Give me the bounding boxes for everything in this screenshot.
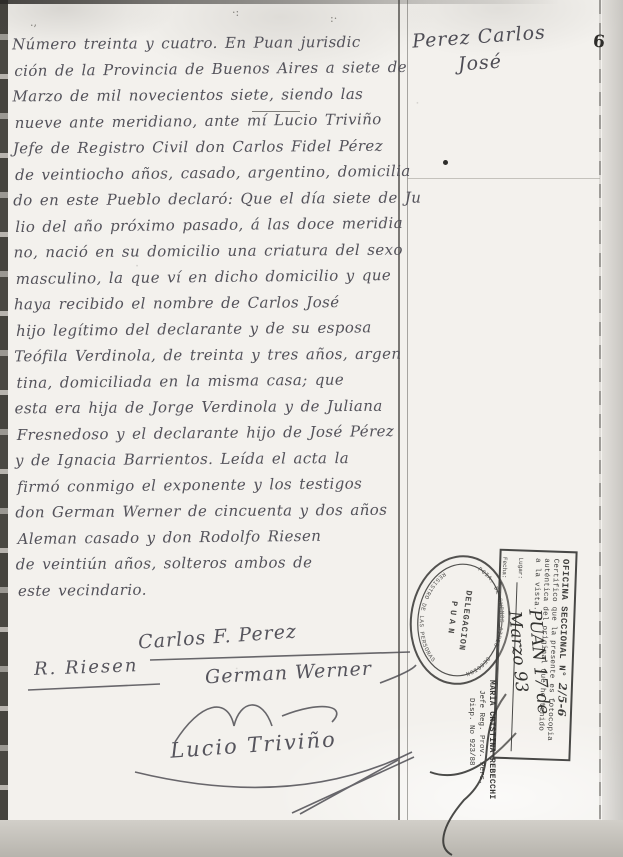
page-number-mark: 6 bbox=[592, 31, 606, 52]
manuscript-line: do en este Pueblo declaró: Que el día si… bbox=[13, 185, 399, 214]
manuscript-line: de veintiocho años, casado, argentino, d… bbox=[15, 158, 401, 188]
manuscript-line: Marzo de mil novecientos siete, siendo l… bbox=[12, 81, 398, 110]
manuscript-line: y de Ignacia Barrientos. Leída el acta l… bbox=[15, 445, 401, 474]
place-label: Lugar: bbox=[517, 557, 525, 579]
manuscript-line: Jefe de Registro Civil don Carlos Fidel … bbox=[13, 133, 399, 162]
manuscript-line: Fresnedoso y el declarante hijo de José … bbox=[17, 418, 403, 448]
official-disposition: Disp. No 923/88 bbox=[467, 698, 475, 848]
official-title: Jefe Reg. Prov. Pers. bbox=[477, 690, 485, 848]
manuscript-line: tina, domiciliada en la misma casa; que bbox=[16, 366, 402, 396]
smudge-mark: ., bbox=[30, 16, 37, 29]
signature-witness-werner: German Werner bbox=[205, 658, 373, 689]
stamp-center-line2: PUAN bbox=[445, 600, 459, 637]
certification-stamp: OFICINA SECCIONAL N° 2/5-6 Certifico que… bbox=[492, 549, 577, 762]
flourish-underline-riesen bbox=[28, 684, 160, 690]
signature-witness-riesen: R. Riesen bbox=[34, 655, 139, 680]
manuscript-line: Número treinta y cuatro. En Puan jurisdi… bbox=[12, 29, 398, 58]
manuscript-line: Teófila Verdinola, de treinta y tres año… bbox=[14, 341, 400, 370]
date-label: Fecha: bbox=[501, 557, 509, 579]
signature-declarant: Carlos F. Perez bbox=[137, 620, 297, 653]
manuscript-line: de veintiún años, solteros ambos de bbox=[16, 549, 402, 578]
flourish-cross-stroke-up bbox=[292, 757, 414, 813]
manuscript-line: lio del año próximo pasado, á las doce m… bbox=[15, 210, 401, 240]
stamp-center-line1: DELEGACION bbox=[456, 590, 473, 652]
smudge-mark: ·: bbox=[232, 6, 239, 19]
official-name-stamp: MARIA CRISTINA REBECCHI Jefe Reg. Prov. … bbox=[448, 680, 496, 848]
scanner-bed-strip bbox=[0, 820, 623, 857]
date-rule-line bbox=[495, 581, 510, 751]
manuscript-line: hijo legítimo del declarante y de su esp… bbox=[16, 314, 402, 344]
scanned-document-page: Número treinta y cuatro. En Puan jurisdi… bbox=[0, 0, 623, 857]
manuscript-line: don German Werner de cincuenta y dos año… bbox=[15, 497, 401, 526]
certification-heading-number: 2/5-6 bbox=[555, 683, 569, 717]
manuscript-line: no, nació en su domicilio una criatura d… bbox=[13, 237, 399, 266]
signature-registrar: Lucio Triviño bbox=[169, 727, 337, 763]
left-page-edge bbox=[0, 0, 8, 820]
page-fold-line bbox=[599, 0, 601, 822]
margin-name-line2: José bbox=[457, 47, 548, 75]
flourish-rubric-tail bbox=[282, 707, 337, 722]
manuscript-line: haya recibido el nombre de Carlos José bbox=[14, 289, 400, 318]
manuscript-line: ción de la Provincia de Buenos Aires a s… bbox=[14, 54, 400, 84]
manuscript-line: esta era hija de Jorge Verdinola y de Ju… bbox=[15, 393, 401, 422]
manuscript-line: nueve ante meridiano, ante mí Lucio Triv… bbox=[15, 106, 401, 136]
manuscript-line: este vecindario. bbox=[18, 574, 404, 604]
right-page-edge bbox=[602, 0, 623, 822]
manuscript-line: firmó conmigo el exponente y los testigo… bbox=[17, 470, 403, 500]
manuscript-line: masculino, la que ví en dicho domicilio … bbox=[16, 262, 402, 292]
manuscript-body: Número treinta y cuatro. En Puan jurisdi… bbox=[12, 29, 402, 604]
smudge-mark: :· bbox=[330, 12, 337, 25]
ink-speck bbox=[443, 160, 448, 165]
margin-faint-line bbox=[408, 178, 600, 179]
flourish-cross-stroke-down bbox=[300, 760, 398, 814]
manuscript-line: Aleman casado y don Rodolfo Riesen bbox=[17, 522, 403, 552]
official-name: MARIA CRISTINA REBECCHI bbox=[487, 680, 496, 848]
margin-registered-name: Perez Carlos José bbox=[411, 21, 548, 78]
word-underline bbox=[252, 111, 300, 112]
top-page-edge bbox=[0, 0, 560, 4]
